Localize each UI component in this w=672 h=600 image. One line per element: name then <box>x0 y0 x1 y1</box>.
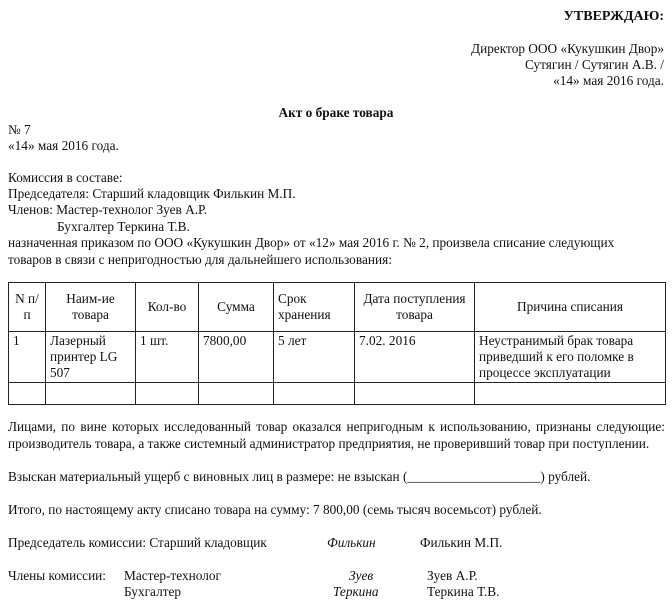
cell-empty <box>355 383 475 405</box>
member-1-position: Мастер-технолог <box>124 568 221 584</box>
cell-empty <box>46 383 136 405</box>
cell-empty <box>475 383 666 405</box>
approval-position: Директор ООО «Кукушкин Двор» <box>471 41 664 57</box>
cell-storage: 5 лет <box>274 332 355 383</box>
defect-table: N п/п Наим-ие товара Кол-во Сумма Срок х… <box>8 282 666 405</box>
appointment-line-1: назначенная приказом по ООО «Кукушкин Дв… <box>8 235 614 251</box>
col-name: Наим-ие товара <box>46 283 136 332</box>
col-quantity: Кол-во <box>136 283 199 332</box>
cell-receipt-date: 7.02. 2016 <box>355 332 475 383</box>
approval-date: «14» мая 2016 года. <box>553 73 664 89</box>
table-row: 1 Лазерный принтер LG 507 1 шт. 7800,00 … <box>9 332 666 383</box>
culprits-paragraph: Лицами, по вине которых исследованный то… <box>8 419 665 452</box>
chairman-name: Филькин М.П. <box>420 535 502 551</box>
col-receipt-date: Дата поступления товара <box>355 283 475 332</box>
document-title: Акт о браке товара <box>0 105 672 121</box>
cell-empty <box>274 383 355 405</box>
appointment-line-2: товаров в связи с непригодностью для дал… <box>8 252 392 268</box>
members-label: Члены комиссии: <box>8 568 106 584</box>
member-1-name: Зуев А.Р. <box>427 568 478 584</box>
member-2-name: Теркина Т.В. <box>427 584 499 600</box>
act-number: № 7 <box>8 122 31 138</box>
col-sum: Сумма <box>199 283 274 332</box>
cell-empty <box>199 383 274 405</box>
member-1-signature: Зуев <box>349 568 373 584</box>
cell-empty <box>9 383 46 405</box>
commission-intro: Комиссия в составе: <box>8 170 123 186</box>
cell-number: 1 <box>9 332 46 383</box>
chairman-signature: Филькин <box>327 535 376 551</box>
total-line: Итого, по настоящему акту списано товара… <box>8 502 542 518</box>
col-number: N п/п <box>9 283 46 332</box>
member-2-signature: Теркина <box>333 584 379 600</box>
cell-name: Лазерный принтер LG 507 <box>46 332 136 383</box>
cell-sum: 7800,00 <box>199 332 274 383</box>
col-storage: Срок хранения <box>274 283 355 332</box>
chairman-label: Председатель комиссии: Старший кладовщик <box>8 535 267 551</box>
cell-reason: Неустранимый брак товара приведший к его… <box>475 332 666 383</box>
approval-signature: Сутягин / Сутягин А.В. / <box>525 57 664 73</box>
col-reason: Причина списания <box>475 283 666 332</box>
act-date: «14» мая 2016 года. <box>8 138 119 154</box>
commission-chairman: Председателя: Старший кладовщик Филькин … <box>8 186 296 202</box>
table-row-empty <box>9 383 666 405</box>
member-2-position: Бухгалтер <box>124 584 181 600</box>
commission-member-2: Бухгалтер Теркина Т.В. <box>57 219 190 235</box>
commission-members: Членов: Мастер-технолог Зуев А.Р. <box>8 202 207 218</box>
approval-heading: УТВЕРЖДАЮ: <box>564 9 664 25</box>
cell-quantity: 1 шт. <box>136 332 199 383</box>
damage-line: Взыскан материальный ущерб с виновных ли… <box>8 469 590 485</box>
table-header-row: N п/п Наим-ие товара Кол-во Сумма Срок х… <box>9 283 666 332</box>
cell-empty <box>136 383 199 405</box>
